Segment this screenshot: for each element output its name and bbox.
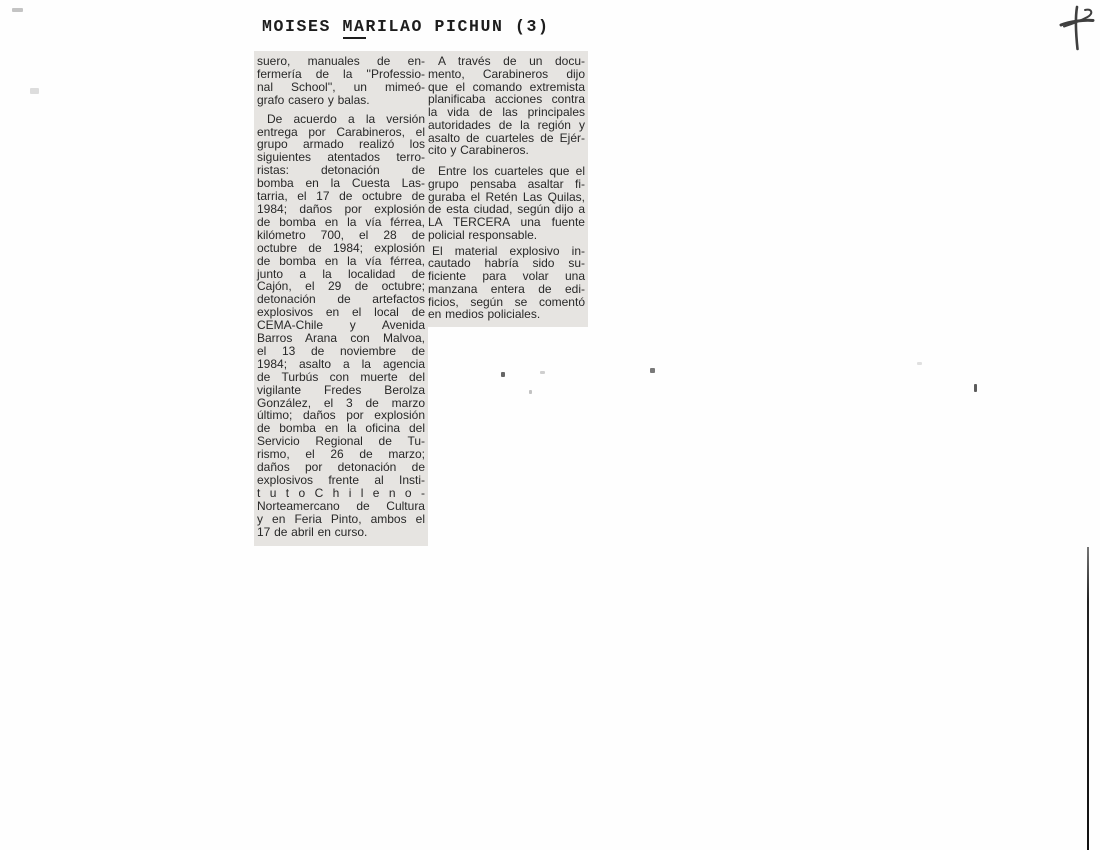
text-line: grupo pensaba asaltar fi- — [428, 178, 585, 191]
paragraph: suero, manuales de en-fermería de la ''P… — [257, 55, 425, 107]
text-line: policial responsable. — [428, 229, 585, 242]
paragraph: Entre los cuarteles que elgrupo pensaba … — [428, 165, 585, 242]
text-line: explosivos frente al Insti- — [257, 474, 425, 487]
text-line: de bomba en la vía férrea, — [257, 216, 425, 229]
scan-speck — [974, 384, 977, 392]
text-line: autoridades de la región y — [428, 119, 585, 132]
text-line: manzana entera de edi- — [428, 283, 585, 296]
scan-speck — [540, 371, 545, 374]
clipping-column-left: suero, manuales de en-fermería de la ''P… — [254, 51, 428, 546]
title-text-underlined: MA — [343, 17, 366, 39]
text-line: 17 de abril en curso. — [257, 526, 425, 539]
text-line: en medios policiales. — [428, 308, 585, 321]
text-line: de Turbús con muerte del — [257, 371, 425, 384]
text-line: fermería de la ''Professio- — [257, 68, 425, 81]
text-line: LA TERCERA una fuente — [428, 216, 585, 229]
text-line: cito y Carabineros. — [428, 144, 585, 157]
text-line: 1984; daños por explosión — [257, 203, 425, 216]
text-line: Entre los cuarteles que el — [428, 165, 585, 178]
title-text-prefix: MOISES — [262, 17, 343, 36]
right-edge-scan-line — [1087, 547, 1089, 850]
text-line: 1984; asalto a la agencia — [257, 358, 425, 371]
text-line: ficiente para volar una — [428, 270, 585, 283]
text-line: suero, manuales de en- — [257, 55, 425, 68]
title-text-suffix: RILAO PICHUN (3) — [366, 17, 550, 36]
paragraph: El material explosivo in-cautado habría … — [428, 245, 585, 322]
text-line: vigilante Fredes Berolza — [257, 384, 425, 397]
scan-speck — [12, 8, 23, 12]
text-line: el 13 de noviembre de — [257, 345, 425, 358]
text-line: de bomba en la vía férrea, — [257, 255, 425, 268]
text-line: mento, Carabineros dijo — [428, 68, 585, 81]
scan-speck — [501, 372, 505, 377]
clipping-column-right: A través de un docu-mento, Carabineros d… — [425, 51, 588, 327]
scan-speck — [529, 390, 532, 394]
scan-speck — [30, 88, 39, 94]
text-line: Norteamercano de Cultura — [257, 500, 425, 513]
paragraph: De acuerdo a la versiónentrega por Carab… — [257, 113, 425, 539]
text-line: t u t o C h i l e n o - — [257, 487, 425, 500]
text-line: kilómetro 700, el 28 de — [257, 229, 425, 242]
text-line: A través de un docu- — [428, 55, 585, 68]
cross-mark-icon — [1056, 3, 1096, 53]
text-line: Barros Arana con Malvoa, — [257, 332, 425, 345]
page-title: MOISES MARILAO PICHUN (3) — [262, 17, 550, 36]
text-line: grafo casero y balas. — [257, 94, 425, 107]
text-line: nal School'', un mimeó- — [257, 81, 425, 94]
scan-speck — [650, 368, 655, 373]
text-line: la vida de las principales — [428, 106, 585, 119]
text-line: octubre de 1984; explosión — [257, 242, 425, 255]
scanned-newspaper-page: MOISES MARILAO PICHUN (3) suero, manuale… — [0, 0, 1100, 850]
scan-speck — [917, 362, 922, 365]
paragraph: A través de un docu-mento, Carabineros d… — [428, 55, 585, 157]
text-line: y en Feria Pinto, ambos el — [257, 513, 425, 526]
text-line: De acuerdo a la versión — [257, 113, 425, 126]
